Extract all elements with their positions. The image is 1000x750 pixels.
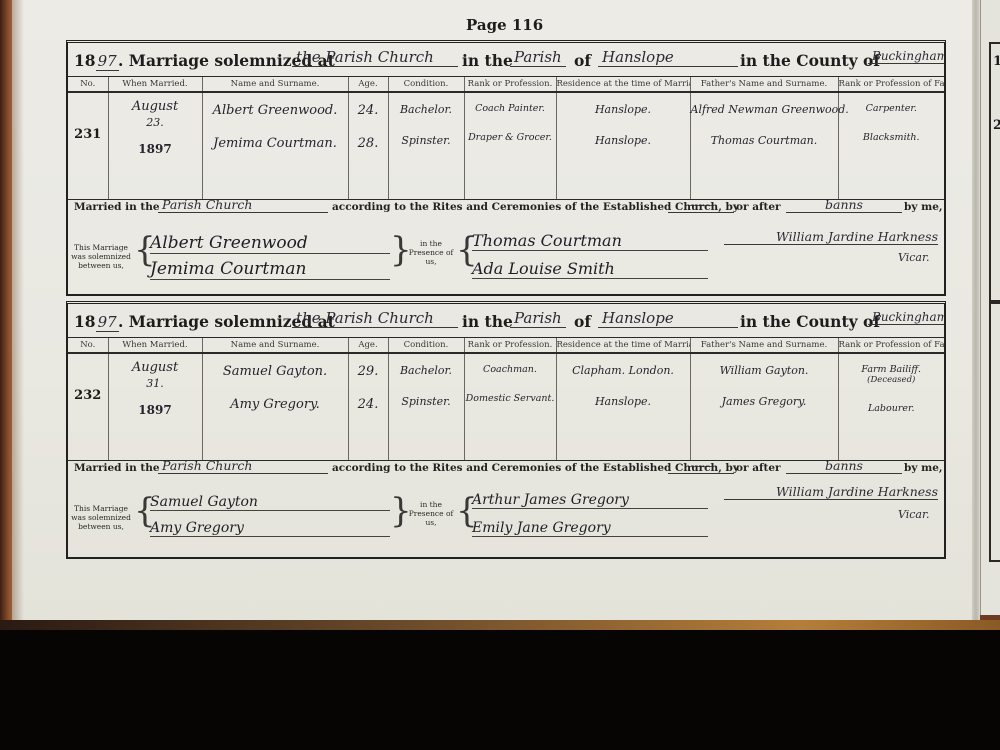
district-type-field: Parish (510, 48, 566, 67)
register-table: No.When Married.Name and Surname.Age.Con… (68, 337, 944, 461)
bride-residence: Hanslope. (557, 134, 690, 147)
register-number: 232 (68, 388, 108, 403)
presence-label: in the Presence of us, (406, 500, 456, 527)
date-year: 1897 (109, 402, 202, 418)
groom-residence: Hanslope. (557, 103, 690, 116)
column-header: No. (68, 77, 108, 93)
column-header: Father's Name and Surname. (690, 338, 838, 354)
next-page-fragment: 2 (993, 118, 1000, 133)
bride-condition: Spinster. (389, 134, 464, 147)
signature-witness-1: Arthur James Gregory (472, 492, 708, 509)
cell-no: 231 (68, 92, 108, 200)
parish-field: Hanslope (598, 48, 738, 67)
column-header: Rank or Profession of Father. (838, 77, 944, 93)
signature-witness-2: Ada Louise Smith (472, 259, 708, 279)
column-header: Residence at the time of Marriage. (556, 338, 690, 354)
or-after-field: banns (786, 458, 902, 474)
page-title: Page 116 (466, 16, 543, 34)
cell-date: August 31. 1897 (108, 353, 202, 461)
year-label: 1897 (74, 312, 119, 331)
book-gutter (972, 0, 980, 622)
next-page-frame (989, 42, 1000, 302)
table-row: 232 August 31. 1897 Samuel Gayton.Amy Gr… (68, 353, 944, 461)
date-month: August (109, 99, 202, 115)
cell-ages: 24.28. (348, 92, 388, 200)
bride-condition: Spinster. (389, 395, 464, 408)
cell-profession: Coach Painter.Draper & Grocer. (464, 92, 556, 200)
married-in-field: Parish Church (158, 197, 328, 213)
column-header: When Married. (108, 77, 202, 93)
cell-names: Samuel Gayton.Amy Gregory. (202, 353, 348, 461)
column-header: Name and Surname. (202, 77, 348, 93)
column-header: Rank or Profession. (464, 338, 556, 354)
bride-profession: Domestic Servant. (465, 393, 556, 404)
groom-profession: Coach Painter. (465, 103, 556, 114)
county-field: Buckingham (868, 310, 944, 325)
bride-age: 24. (349, 397, 388, 412)
year-prefix: 18 (74, 51, 96, 70)
groom-condition: Bachelor. (389, 364, 464, 377)
officiant-title: Vicar. (898, 508, 930, 521)
next-page-edge: 1 2 (980, 0, 1000, 615)
next-page-fragment: 1 (993, 54, 1000, 69)
groom-father-profession: Carpenter. (839, 103, 945, 114)
married-in-field: Parish Church (158, 458, 328, 474)
by-me-label: by me, (904, 462, 943, 474)
groom-name: Samuel Gayton. (203, 364, 348, 379)
book-bottom-edge (0, 620, 1000, 630)
or-after-label: or after (736, 201, 781, 213)
bride-age: 28. (349, 136, 388, 151)
or-after-label: or after (736, 462, 781, 474)
groom-father: William Gayton. (691, 364, 838, 377)
or-after-field: banns (786, 197, 902, 213)
place-field: the Parish Church (292, 48, 458, 67)
column-header: Age. (348, 338, 388, 354)
year-suffix: 97 (96, 52, 119, 71)
cell-father-profession: Farm Bailiff.(Deceased)Labourer. (838, 353, 944, 461)
column-header: Condition. (388, 338, 464, 354)
bride-profession: Draper & Grocer. (465, 132, 556, 143)
next-page-frame (989, 302, 1000, 562)
column-headers: No.When Married.Name and Surname.Age.Con… (68, 338, 944, 354)
signature-groom: Albert Greenwood (150, 233, 390, 254)
married-in-label: Married in the (74, 201, 160, 213)
entry-headline: 1897 . Marriage solemnized at the Parish… (74, 49, 940, 73)
date-year: 1897 (109, 141, 202, 157)
in-the-label: in the (462, 312, 513, 331)
cell-father: William Gayton.James Gregory. (690, 353, 838, 461)
bride-father: Thomas Courtman. (691, 134, 838, 147)
bride-father: James Gregory. (691, 395, 838, 408)
entry-headline: 1897 . Marriage solemnized at the Parish… (74, 310, 940, 334)
column-header: No. (68, 338, 108, 354)
of-label: of (574, 51, 591, 70)
cell-condition: Bachelor.Spinster. (388, 353, 464, 461)
presence-label: in the Presence of us, (406, 239, 456, 266)
in-the-label: in the (462, 51, 513, 70)
cell-no: 232 (68, 353, 108, 461)
column-headers: No.When Married.Name and Surname.Age.Con… (68, 77, 944, 93)
register-number: 231 (68, 127, 108, 142)
cell-names: Albert Greenwood.Jemima Courtman. (202, 92, 348, 200)
by-field: —— (668, 458, 734, 474)
cell-ages: 29.24. (348, 353, 388, 461)
signature-block: This Marriage was solemnized between us,… (68, 490, 944, 552)
date-day: 31. (109, 376, 202, 392)
county-label: in the County of (740, 51, 880, 70)
year-suffix: 97 (96, 313, 119, 332)
county-field: Buckingham (868, 49, 944, 64)
page-shadow (12, 0, 24, 622)
groom-father-note: (Deceased) (839, 375, 945, 385)
between-label: This Marriage was solemnized between us, (70, 504, 132, 531)
county-label: in the County of (740, 312, 880, 331)
column-header: Residence at the time of Marriage. (556, 77, 690, 93)
between-label: This Marriage was solemnized between us, (70, 243, 132, 270)
officiant-signature: William Jardine Harkness (724, 229, 938, 245)
of-label: of (574, 312, 591, 331)
bride-father-profession: Blacksmith. (839, 132, 945, 143)
signature-witness-2: Emily Jane Gregory (472, 520, 708, 537)
signature-bride: Jemima Courtman (150, 259, 390, 280)
parish-field: Hanslope (598, 309, 738, 328)
officiant-signature: William Jardine Harkness (724, 484, 938, 500)
date-month: August (109, 360, 202, 376)
officiant-title: Vicar. (898, 251, 930, 264)
year-prefix: 18 (74, 312, 96, 331)
cell-condition: Bachelor.Spinster. (388, 92, 464, 200)
cell-date: August 23. 1897 (108, 92, 202, 200)
by-field: —— (668, 197, 734, 213)
date-day: 23. (109, 115, 202, 131)
marriage-entry: 1897 . Marriage solemnized at the Parish… (66, 40, 946, 296)
signature-block: This Marriage was solemnized between us,… (68, 229, 944, 291)
column-header: Rank or Profession of Father. (838, 338, 944, 354)
marriage-entry: 1897 . Marriage solemnized at the Parish… (66, 301, 946, 559)
column-header: Name and Surname. (202, 338, 348, 354)
register-table: No.When Married.Name and Surname.Age.Con… (68, 76, 944, 200)
groom-condition: Bachelor. (389, 103, 464, 116)
groom-residence: Clapham. London. (557, 364, 690, 377)
table-row: 231 August 23. 1897 Albert Greenwood.Jem… (68, 92, 944, 200)
column-header: Age. (348, 77, 388, 93)
cell-residence: Clapham. London.Hanslope. (556, 353, 690, 461)
groom-name: Albert Greenwood. (203, 103, 348, 118)
by-me-label: by me, (904, 201, 943, 213)
signature-witness-1: Thomas Courtman (472, 231, 708, 251)
column-header: When Married. (108, 338, 202, 354)
groom-father-profession: Farm Bailiff. (839, 364, 945, 375)
cell-profession: Coachman.Domestic Servant. (464, 353, 556, 461)
groom-age: 24. (349, 103, 388, 118)
bride-residence: Hanslope. (557, 395, 690, 408)
bride-name: Amy Gregory. (203, 397, 348, 412)
groom-father: Alfred Newman Greenwood. (691, 103, 838, 116)
bride-name: Jemima Courtman. (203, 136, 348, 151)
district-type-field: Parish (510, 309, 566, 328)
signature-groom: Samuel Gayton (150, 494, 390, 511)
groom-profession: Coachman. (465, 364, 556, 375)
cell-father: Alfred Newman Greenwood.Thomas Courtman. (690, 92, 838, 200)
cell-father-profession: Carpenter.Blacksmith. (838, 92, 944, 200)
column-header: Father's Name and Surname. (690, 77, 838, 93)
place-field: the Parish Church (292, 309, 458, 328)
groom-age: 29. (349, 364, 388, 379)
year-label: 1897 (74, 51, 119, 70)
signature-bride: Amy Gregory (150, 520, 390, 537)
married-in-label: Married in the (74, 462, 160, 474)
bride-father-profession: Labourer. (839, 403, 945, 414)
column-header: Rank or Profession. (464, 77, 556, 93)
column-header: Condition. (388, 77, 464, 93)
cell-residence: Hanslope.Hanslope. (556, 92, 690, 200)
